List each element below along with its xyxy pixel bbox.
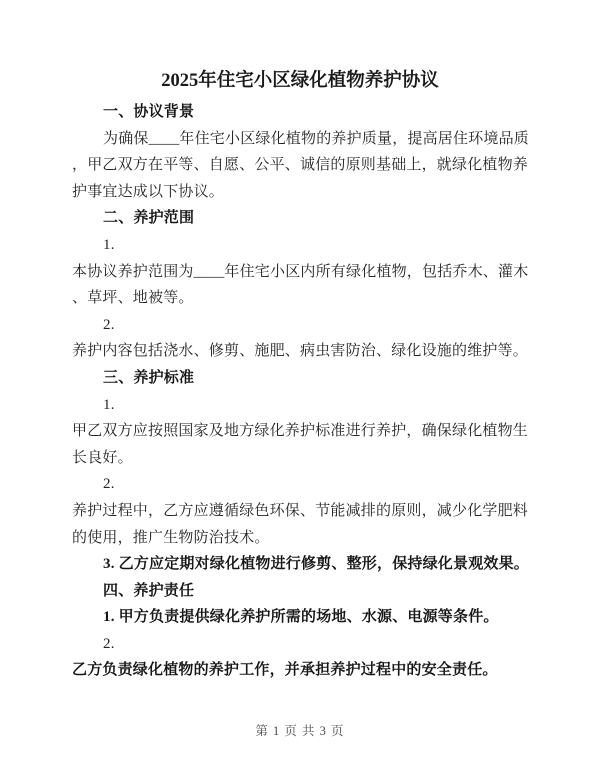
page-number-footer: 第 1 页 共 3 页 bbox=[0, 723, 600, 739]
doc-line: 为确保____年住宅小区绿化植物的养护质量，提高居住环境品质 bbox=[72, 126, 542, 153]
doc-line: 1. 甲方负责提供绿化养护所需的场地、水源、电源等条件。 bbox=[72, 604, 542, 631]
doc-line: 乙方负责绿化植物的养护工作，并承担养护过程中的安全责任。 bbox=[72, 657, 542, 684]
doc-line: 本协议养护范围为____年住宅小区内所有绿化植物，包括乔木、灌木 bbox=[72, 259, 542, 286]
doc-line: 2. bbox=[72, 631, 542, 658]
doc-line: 1. bbox=[72, 392, 542, 419]
doc-line: 1. bbox=[72, 232, 542, 259]
doc-line: 2. bbox=[72, 312, 542, 339]
doc-line: 三、养护标准 bbox=[72, 365, 542, 392]
document-page: 2025年住宅小区绿化植物养护协议 一、协议背景为确保____年住宅小区绿化植物… bbox=[0, 0, 600, 776]
doc-line: 二、养护范围 bbox=[72, 205, 542, 232]
doc-line: 长良好。 bbox=[72, 445, 542, 472]
doc-line: 养护过程中，乙方应遵循绿色环保、节能减排的原则，减少化学肥料 bbox=[72, 498, 542, 525]
doc-line: 养护内容包括浇水、修剪、施肥、病虫害防治、绿化设施的维护等。 bbox=[72, 338, 542, 365]
doc-line: 一、协议背景 bbox=[72, 99, 542, 126]
document-title: 2025年住宅小区绿化植物养护协议 bbox=[0, 0, 600, 94]
doc-line: 、草坪、地被等。 bbox=[72, 285, 542, 312]
doc-line: 甲乙双方应按照国家及地方绿化养护标准进行养护，确保绿化植物生 bbox=[72, 418, 542, 445]
doc-line: 的使用，推广生物防治技术。 bbox=[72, 525, 542, 552]
doc-line: ，甲乙双方在平等、自愿、公平、诚信的原则基础上，就绿化植物养 bbox=[72, 152, 542, 179]
doc-line: 护事宜达成以下协议。 bbox=[72, 179, 542, 206]
doc-line: 四、养护责任 bbox=[72, 578, 542, 605]
doc-line: 2. bbox=[72, 471, 542, 498]
document-lines: 一、协议背景为确保____年住宅小区绿化植物的养护质量，提高居住环境品质，甲乙双… bbox=[0, 99, 600, 684]
doc-line: 3. 乙方应定期对绿化植物进行修剪、整形，保持绿化景观效果。 bbox=[72, 551, 542, 578]
